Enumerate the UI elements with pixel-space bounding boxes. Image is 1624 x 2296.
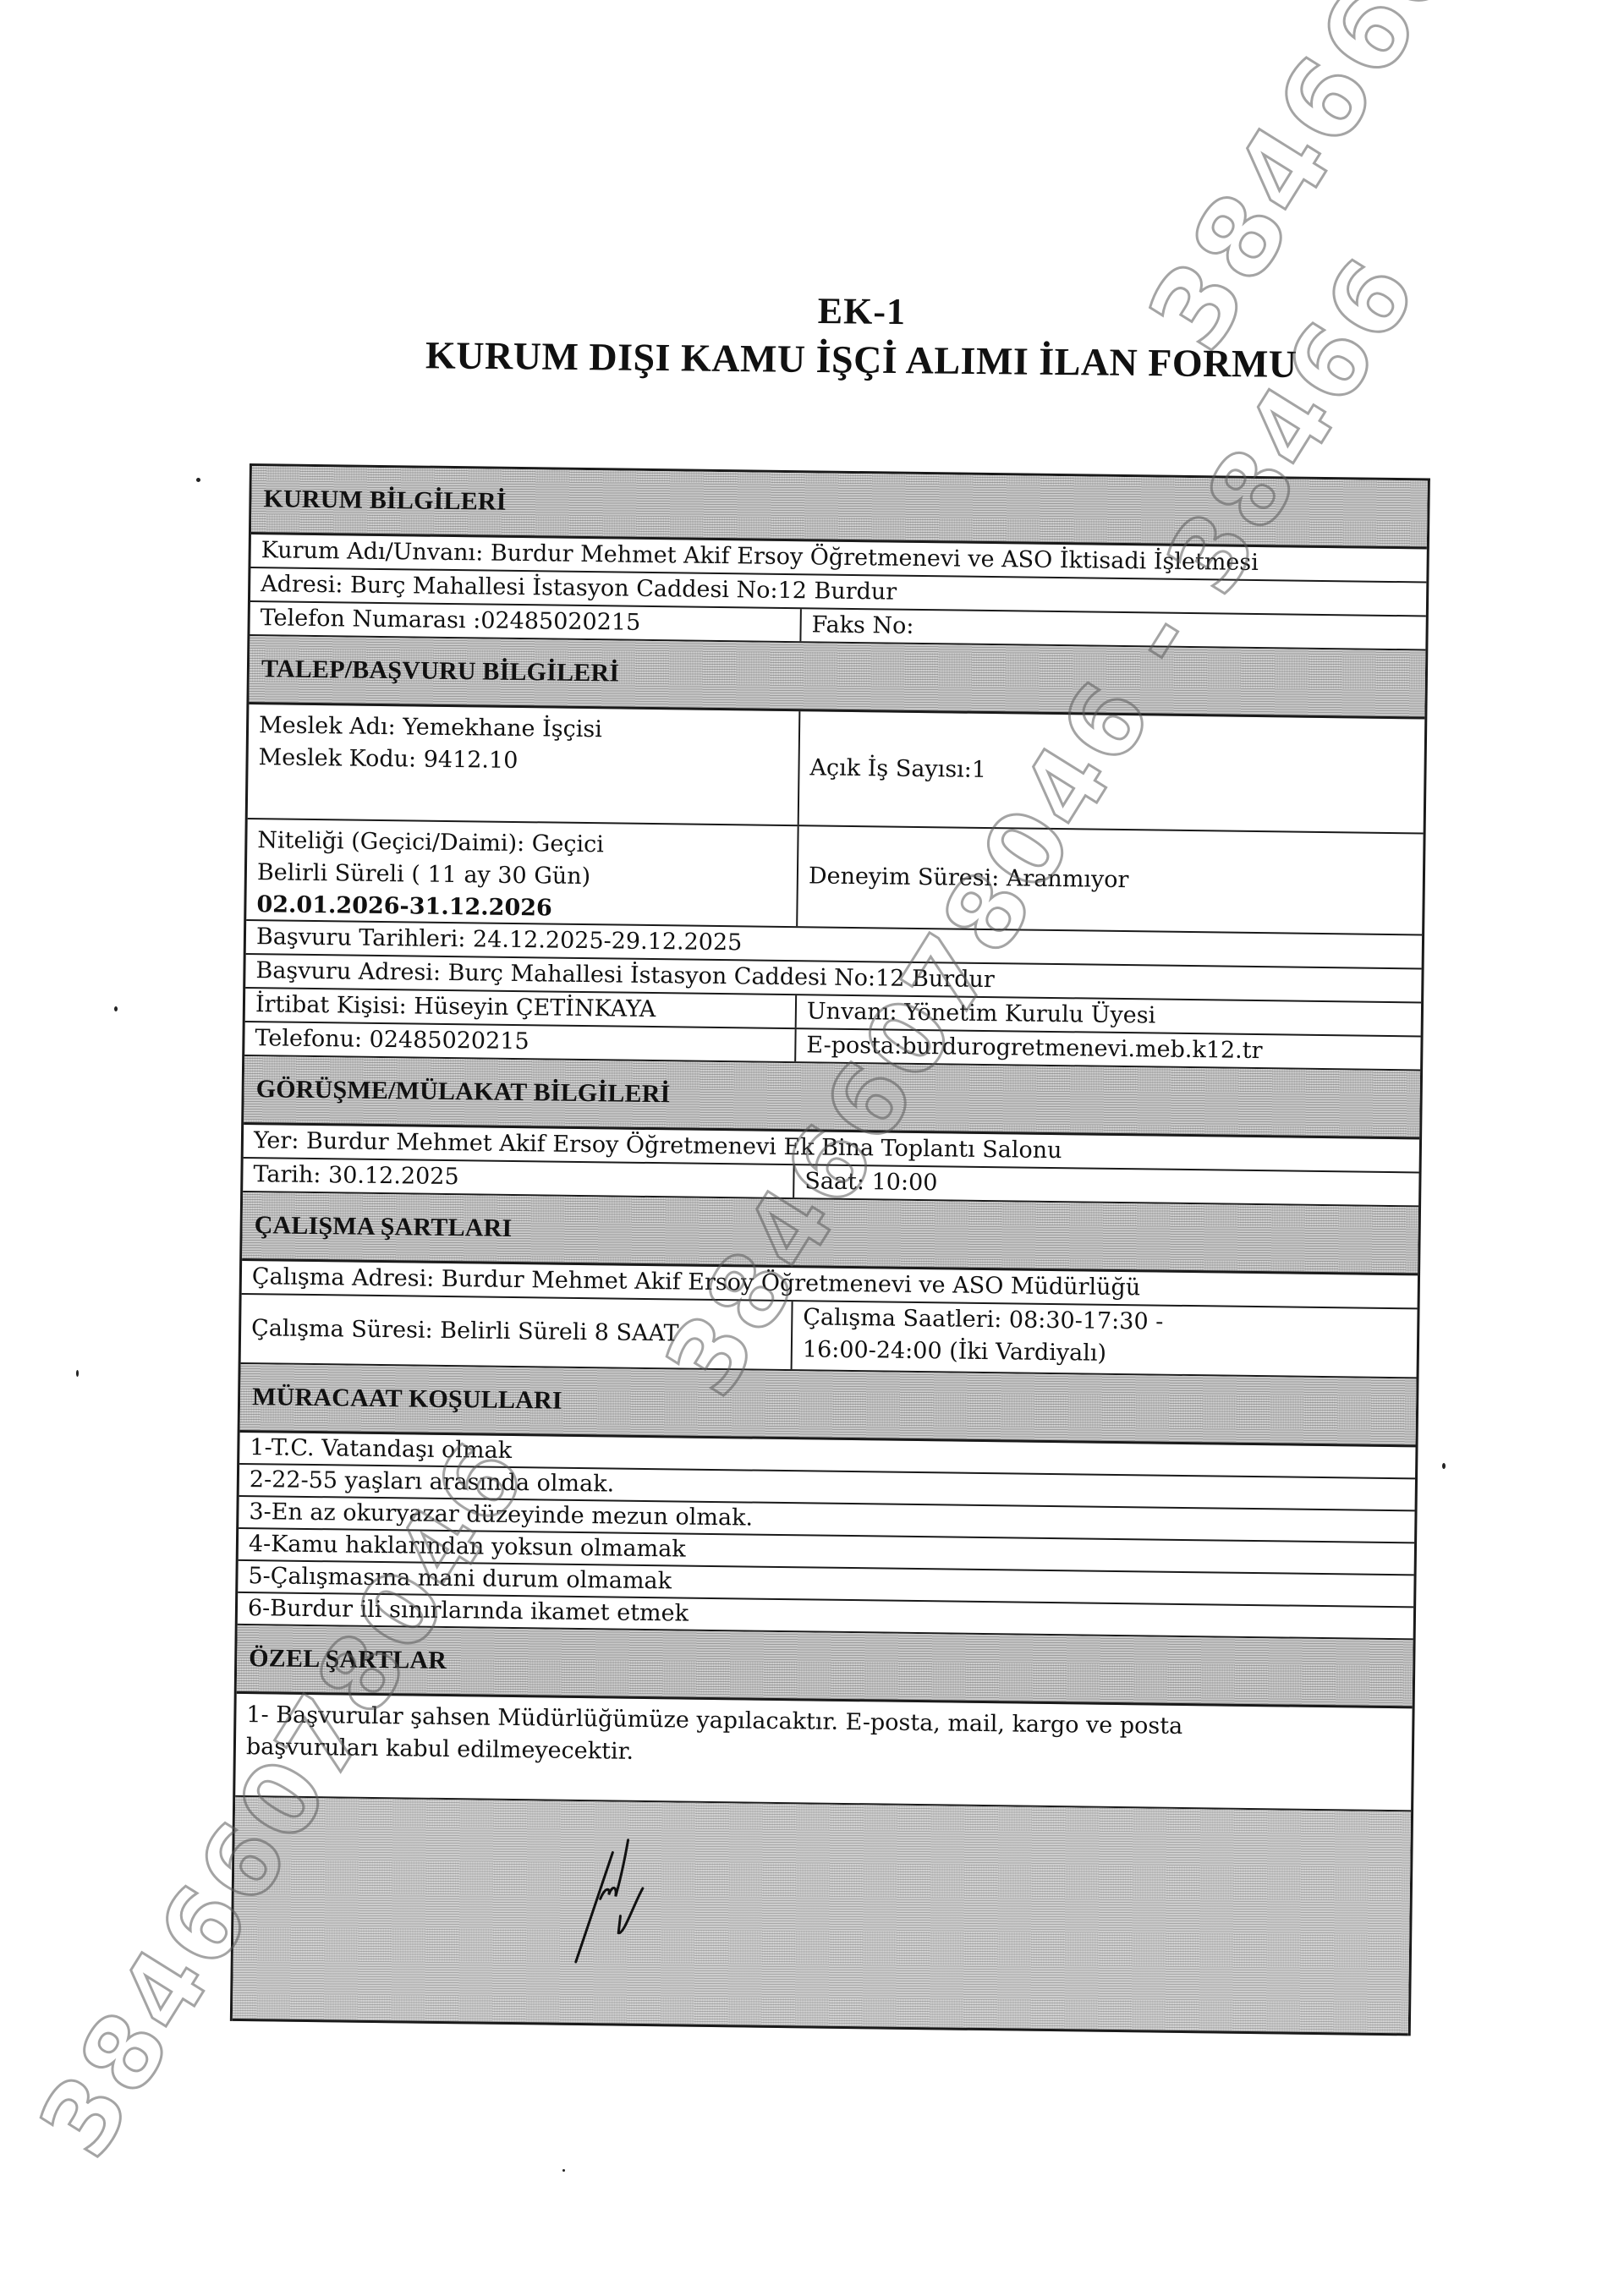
open-positions: Açık İş Sayısı:1 <box>799 711 1425 832</box>
signature-icon <box>568 1835 688 1972</box>
interview-date: Tarih: 30.12.2025 <box>243 1159 794 1197</box>
interview-time: Saat: 10:00 <box>794 1165 1418 1205</box>
document-title: EK-1 KURUM DIŞI KAMU İŞÇİ ALIMI İLAN FOR… <box>3 279 1624 392</box>
experience-requirement: Deneyim Süresi: Aranmıyor <box>798 826 1423 934</box>
special-conditions-cell: 1- Başvurular şahsen Müdürlüğümüze yapıl… <box>235 1694 1412 1810</box>
nature-row: Niteliği (Geçici/Daimi): Geçici Belirli … <box>246 819 1423 935</box>
contact-person: İrtibat Kişisi: Hüseyin ÇETİNKAYA <box>245 989 797 1027</box>
signature-area <box>233 1797 1411 2036</box>
scan-speck <box>1442 1463 1446 1469</box>
work-duration: Çalışma Süresi: Belirli Süreli 8 SAAT <box>241 1295 793 1369</box>
occupation-cell: Meslek Adı: Yemekhane İşçisi Meslek Kodu… <box>248 704 801 825</box>
institution-phone: Telefon Numarası :02485020215 <box>250 602 801 641</box>
occupation-row: Meslek Adı: Yemekhane İşçisi Meslek Kodu… <box>248 704 1425 834</box>
special-conditions-row: 1- Başvurular şahsen Müdürlüğümüze yapıl… <box>235 1694 1412 1811</box>
announcement-form-table: KURUM BİLGİLERİ Kurum Adı/Unvanı: Burdur… <box>230 463 1430 2036</box>
nature-cell: Niteliği (Geçici/Daimi): Geçici Belirli … <box>246 819 798 926</box>
work-hours-cell: Çalışma Saatleri: 08:30-17:30 - 16:00-24… <box>793 1301 1418 1377</box>
contact-title: Unvanı: Yönetim Kurulu Üyesi <box>797 995 1421 1035</box>
scan-speck <box>196 478 200 482</box>
scan-speck <box>114 1006 118 1011</box>
institution-fax: Faks No: <box>801 609 1425 649</box>
scan-speck <box>76 1370 79 1377</box>
work-hours-line-2: 16:00-24:00 (İki Vardiyalı) <box>803 1334 1417 1373</box>
occupation-code: Meslek Kodu: 9412.10 <box>258 742 798 781</box>
contact-email: E-posta:burdurogretmenevi.meb.k12.tr <box>796 1029 1420 1069</box>
contact-phone: Telefonu: 02485020215 <box>244 1022 796 1061</box>
scan-speck <box>562 2169 565 2172</box>
